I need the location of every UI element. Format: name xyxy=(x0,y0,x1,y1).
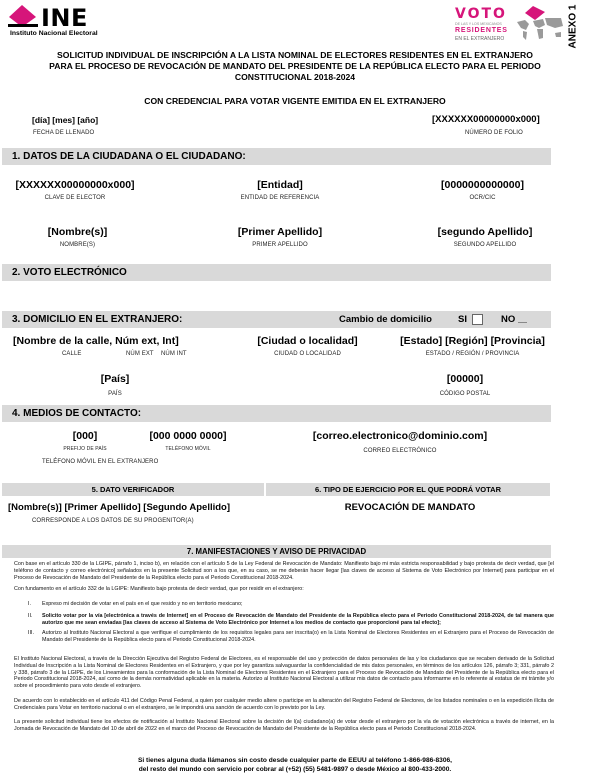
section6-title: 6. TIPO DE EJERCICIO POR EL QUE PODRÁ VO… xyxy=(315,485,501,494)
voto-logo-line1: VOTO xyxy=(455,6,507,22)
verifier-label: CORRESPONDE A LOS DATOS DE SU PROGENITOR… xyxy=(32,518,194,524)
email-label: CORREO ELECTRÓNICO xyxy=(300,448,500,454)
verifier-value[interactable]: [Nombre(s)] [Primer Apellido] [Segundo A… xyxy=(8,502,230,513)
annex-label: ANEXO 1 xyxy=(566,6,580,50)
help-footer-line2: del resto del mundo con servicio por cob… xyxy=(0,766,590,775)
state-value: [Estado] [Región] [Provincia] xyxy=(390,335,555,347)
document-title: SOLICITUD INDIVIDUAL DE INSCRIPCIÓN A LA… xyxy=(0,50,590,83)
privacy-item: I. Expreso mi decisión de votar en el pa… xyxy=(28,601,554,609)
privacy-paragraph-4: De acuerdo con lo establecido en el artí… xyxy=(14,698,554,712)
field-city[interactable]: [Ciudad o localidad] CIUDAD O LOCALIDAD xyxy=(240,335,375,357)
street-value[interactable]: [Nombre de la calle, Núm ext, Int] xyxy=(13,335,179,347)
ine-subtitle: Instituto Nacional Electoral xyxy=(10,30,98,37)
field-nombre[interactable]: [Nombre(s)] NOMBRE(S) xyxy=(15,226,140,248)
folio-label: NÚMERO DE FOLIO xyxy=(465,130,523,136)
nombre-value: [Nombre(s)] xyxy=(15,226,140,238)
zip-value: [00000] xyxy=(430,373,500,385)
country-value: [País] xyxy=(80,373,150,385)
fill-date-value[interactable]: [día] [mes] [año] xyxy=(32,115,98,125)
clave-elector-label: CLAVE DE ELECTOR xyxy=(5,195,145,201)
field-primer-apellido[interactable]: [Primer Apellido] PRIMER APELLIDO xyxy=(215,226,345,248)
title-line3: CONSTITUCIONAL 2018-2024 xyxy=(0,72,590,83)
mobile-phone-label: TELÉFONO MÓVIL xyxy=(138,446,238,452)
field-state[interactable]: [Estado] [Región] [Provincia] ESTADO / R… xyxy=(390,335,555,357)
section1-header: 1. DATOS DE LA CIUDADANA O EL CIUDADANO: xyxy=(2,148,551,165)
section3-title: 3. DOMICILIO EN EL EXTRANJERO: xyxy=(12,314,182,325)
privacy-paragraph-1: Con base en el artículo 330 de la LGIPE,… xyxy=(14,561,554,581)
privacy-item: II. Solicito votar por la vía [electróni… xyxy=(28,613,554,627)
country-prefix-label: PREFIJO DE PAÍS xyxy=(55,446,115,452)
mobile-phone-value: [000 0000 0000] xyxy=(138,430,238,442)
city-value: [Ciudad o localidad] xyxy=(240,335,375,347)
address-change-label: Cambio de domicilio xyxy=(339,314,432,325)
field-segundo-apellido[interactable]: [segundo Apellido] SEGUNDO APELLIDO xyxy=(415,226,555,248)
privacy-item-text: Solicito votar por la vía [electrónica a… xyxy=(42,613,554,627)
exercise-type-value: REVOCACIÓN DE MANDATO xyxy=(290,502,530,513)
section6-header: 6. TIPO DE EJERCICIO POR EL QUE PODRÁ VO… xyxy=(266,483,550,496)
entidad-value: [Entidad] xyxy=(215,179,345,191)
voto-logo-line4: EN EL EXTRANJERO xyxy=(455,36,504,42)
fill-date-label: FECHA DE LLENADO xyxy=(33,130,94,136)
section7-title: 7. MANIFESTACIONES Y AVISO DE PRIVACIDAD xyxy=(2,547,551,556)
voto-logo-line2: DE LAS Y LOS MEXICANOS xyxy=(455,22,502,26)
segundo-apellido-label: SEGUNDO APELLIDO xyxy=(415,242,555,248)
title-line2: PARA EL PROCESO DE REVOCACIÓN DE MANDATO… xyxy=(0,61,590,72)
field-entidad[interactable]: [Entidad] ENTIDAD DE REFERENCIA xyxy=(215,179,345,201)
primer-apellido-value: [Primer Apellido] xyxy=(215,226,345,238)
zip-label: CÓDIGO POSTAL xyxy=(430,391,500,397)
clave-elector-value: [XXXXXX00000000x000] xyxy=(5,179,145,191)
city-label: CIUDAD O LOCALIDAD xyxy=(240,351,375,357)
ballot-diamond-icon xyxy=(8,5,40,31)
privacy-paragraph-2: Con fundamento en el artículo 332 de la … xyxy=(14,586,554,593)
ext-number-label: NÚM EXT xyxy=(126,351,154,357)
field-country-prefix[interactable]: [000] PREFIJO DE PAÍS xyxy=(55,430,115,452)
address-change-no-checkbox[interactable] xyxy=(518,313,527,323)
voto-logo-line3: RESIDENTES xyxy=(455,27,508,34)
nombre-label: NOMBRE(S) xyxy=(15,242,140,248)
segundo-apellido-value: [segundo Apellido] xyxy=(415,226,555,238)
state-label: ESTADO / REGIÓN / PROVINCIA xyxy=(390,351,555,357)
address-change-si-label: SI xyxy=(458,314,467,325)
country-label: PAÍS xyxy=(80,391,150,397)
help-footer-line1: Si tienes alguna duda llámanos sin costo… xyxy=(0,757,590,766)
voto-extranjero-logo: VOTO DE LAS Y LOS MEXICANOS RESIDENTES E… xyxy=(455,6,575,44)
privacy-item-number: I. xyxy=(28,601,40,608)
street-label: CALLE xyxy=(62,351,82,357)
section5-header: 5. DATO VERIFICADOR xyxy=(2,483,264,496)
address-change-no-label: NO xyxy=(501,314,515,325)
privacy-paragraph-3: El Instituto Nacional Electoral, a travé… xyxy=(14,656,554,690)
section2-header: 2. VOTO ELECTRÓNICO xyxy=(2,264,551,281)
address-change-si-checkbox[interactable] xyxy=(472,314,483,325)
section2-title: 2. VOTO ELECTRÓNICO xyxy=(12,267,127,278)
field-email[interactable]: [correo.electronico@dominio.com] CORREO … xyxy=(300,430,500,454)
section3-header: 3. DOMICILIO EN EL EXTRANJERO: Cambio de… xyxy=(2,311,551,328)
privacy-item-number: III. xyxy=(28,630,40,637)
section4-title: 4. MEDIOS DE CONTACTO: xyxy=(12,408,141,419)
privacy-item-text: Autorizo al Instituto Nacional Electoral… xyxy=(42,630,554,644)
ocr-cic-value: [0000000000000] xyxy=(420,179,545,191)
world-map-icon xyxy=(513,6,565,42)
annex-text: ANEXO 1 xyxy=(568,5,579,49)
section4-header: 4. MEDIOS DE CONTACTO: xyxy=(2,405,551,422)
email-value: [correo.electronico@dominio.com] xyxy=(300,430,500,442)
document-subtitle: CON CREDENCIAL PARA VOTAR VIGENTE EMITID… xyxy=(0,96,590,106)
field-ocr-cic[interactable]: [0000000000000] OCR/CIC xyxy=(420,179,545,201)
int-number-label: NÚM INT xyxy=(161,351,187,357)
field-mobile-phone[interactable]: [000 0000 0000] TELÉFONO MÓVIL xyxy=(138,430,238,452)
privacy-item-text: Expreso mi decisión de votar en el país … xyxy=(42,601,554,608)
ine-logo-text: INE xyxy=(41,6,88,30)
folio-value[interactable]: [XXXXXX00000000x000] xyxy=(432,114,540,125)
privacy-item-number: II. xyxy=(28,613,40,620)
section5-title: 5. DATO VERIFICADOR xyxy=(92,485,175,494)
privacy-paragraph-5: La presente solicitud individual tiene l… xyxy=(14,719,554,733)
ine-logo: INE Instituto Nacional Electoral xyxy=(8,5,120,39)
help-footer: Si tienes alguna duda llámanos sin costo… xyxy=(0,757,590,774)
title-line1: SOLICITUD INDIVIDUAL DE INSCRIPCIÓN A LA… xyxy=(0,50,590,61)
entidad-label: ENTIDAD DE REFERENCIA xyxy=(215,195,345,201)
mobile-phone-group-label: TELÉFONO MÓVIL EN EL EXTRANJERO xyxy=(42,459,158,465)
primer-apellido-label: PRIMER APELLIDO xyxy=(215,242,345,248)
field-clave-elector[interactable]: [XXXXXX00000000x000] CLAVE DE ELECTOR xyxy=(5,179,145,201)
field-country[interactable]: [País] PAÍS xyxy=(80,373,150,397)
privacy-item: III. Autorizo al Instituto Nacional Elec… xyxy=(28,630,554,644)
field-zip[interactable]: [00000] CÓDIGO POSTAL xyxy=(430,373,500,397)
ocr-cic-label: OCR/CIC xyxy=(420,195,545,201)
section1-title: 1. DATOS DE LA CIUDADANA O EL CIUDADANO: xyxy=(12,151,246,162)
section7-header: 7. MANIFESTACIONES Y AVISO DE PRIVACIDAD xyxy=(2,545,551,558)
country-prefix-value: [000] xyxy=(55,430,115,442)
